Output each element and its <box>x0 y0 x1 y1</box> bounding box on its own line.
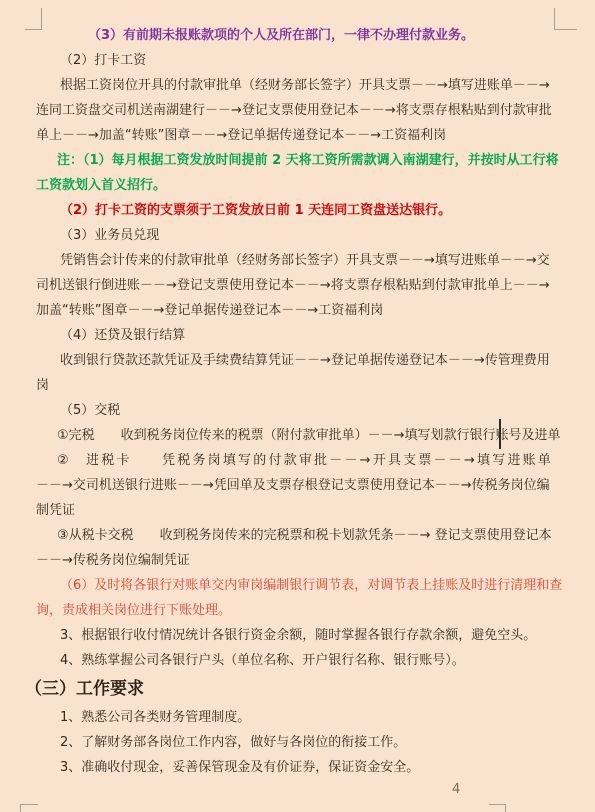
text-line: 2、了解财务部各岗位工作内容，做好与各岗位的衔接工作。 <box>60 730 595 755</box>
margin-corner-mark-bottom-right <box>489 804 506 812</box>
text-line: 收到银行贷款还款凭证及手续费结算凭证－－→登记单据传递登记本－－→传管理费用 <box>60 348 595 373</box>
text-line: －－→交司机送银行进账－－→凭回单及支票存根登记支票使用登记本－－→传税务岗位编 <box>36 473 595 498</box>
text-line: 凭销售会计传来的付款审批单（经财务部长签字）开具支票－－→填写进账单－－→交 <box>60 248 595 273</box>
text-line: 1、熟悉公司各类财务管理制度。 <box>60 705 595 730</box>
page-number: 4 <box>452 782 460 798</box>
text-line: 岗 <box>36 373 595 398</box>
text-line: 4、熟练掌握公司各银行户头（单位名称、开户银行名称、银行账号）。 <box>60 648 595 673</box>
text-cursor[interactable] <box>499 419 501 449</box>
text-line: 询，责成相关岗位进行下账处理。 <box>36 598 595 623</box>
text-line: ①完税 收到税务岗位传来的税票（附付款审批单）－－→填写划款行银行账号及进单 <box>57 423 595 448</box>
margin-corner-mark-bottom-left <box>20 804 38 812</box>
text-line: 注：（1）每月根据工资发放时间提前 2 天将工资所需款调入南湖建行，并按时从工行… <box>57 148 595 173</box>
text-line: 制凭证 <box>36 498 595 523</box>
text-line: （5）交税 <box>60 398 595 423</box>
text-line: 3、根据银行收付情况统计各银行资金余额，随时掌握各银行存款余额，避免空头。 <box>60 623 595 648</box>
text-line: 工资款划入首义招行。 <box>36 173 595 198</box>
text-line: （4）还贷及银行结算 <box>60 323 595 348</box>
text-line: 根据工资岗位开具的付款审批单（经财务部长签字）开具支票－－→填写进账单－－→ <box>60 73 595 98</box>
text-line: （3）有前期未报账款项的个人及所在部门，一律不办理付款业务。 <box>88 23 595 48</box>
text-line: 3、准确收付现金，妥善保管现金及有价证券，保证资金安全。 <box>60 755 595 780</box>
document-body: （3）有前期未报账款项的个人及所在部门，一律不办理付款业务。（2）打卡工资根据工… <box>0 23 595 780</box>
text-line: （2）打卡工资 <box>60 48 595 73</box>
text-line: ② 进税卡 凭税务岗填写的付款审批－－→开具支票－－→填写进账单 <box>57 448 595 473</box>
text-line: 单上－－→加盖“转账”图章－－→登记单据传递登记本－－→工资福利岗 <box>36 123 595 148</box>
text-line: （三）工作要求 <box>25 673 595 705</box>
text-line: ③从税卡交税 收到税务岗传来的完税票和税卡划款凭条－－→ 登记支票使用登记本 <box>57 523 595 548</box>
text-line: 加盖“转账”图章－－→登记单据传递登记本－－→工资福利岗 <box>36 298 595 323</box>
text-line: －－→传税务岗位编制凭证 <box>36 548 595 573</box>
text-line: 司机送银行倒进账－－→登记支票使用登记本－－→将支票存根粘贴到付款审批单上－－→ <box>36 273 595 298</box>
text-line: 连同工资盘交司机送南湖建行－－→登记支票使用登记本－－→将支票存根粘贴到付款审批 <box>36 98 595 123</box>
document-page: （3）有前期未报账款项的个人及所在部门，一律不办理付款业务。（2）打卡工资根据工… <box>0 0 595 812</box>
text-line: （3）业务员兑现 <box>60 223 595 248</box>
text-line: （6）及时将各银行对账单交内审岗编制银行调节表，对调节表上挂账及时进行清理和查 <box>60 573 595 598</box>
text-line: （2）打卡工资的支票须于工资发放日前 1 天连同工资盘送达银行。 <box>60 198 595 223</box>
